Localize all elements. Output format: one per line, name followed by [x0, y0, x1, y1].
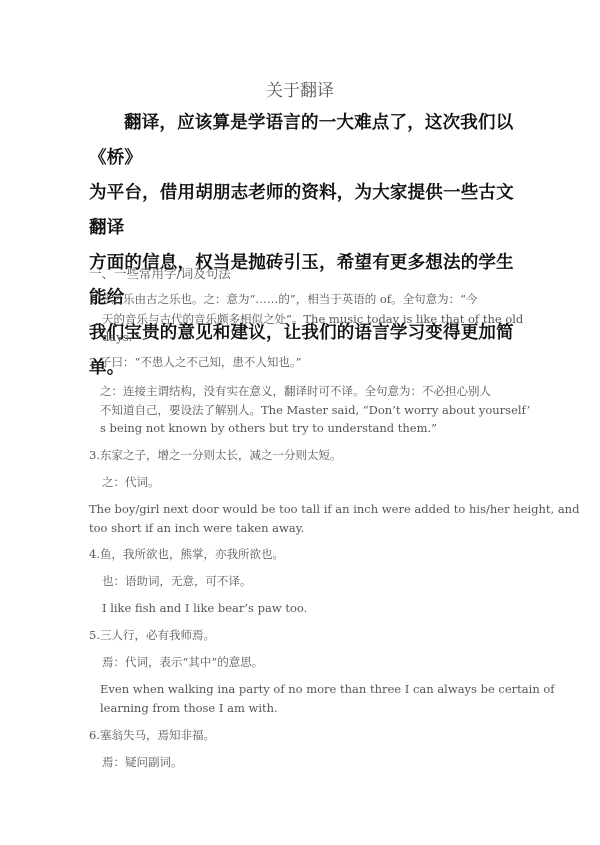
body-line: 也：语助词，无意，可不译。 — [102, 573, 252, 589]
body-line: s being not known by others but try to u… — [100, 421, 437, 435]
body-line: 3.东家之子，增之一分则太长，减之一分则太短。 — [89, 447, 341, 463]
body-line: days. — [102, 330, 132, 344]
intro-line: 为平台，借用胡朋志老师的资料，为大家提供一些古文翻译 — [89, 176, 529, 246]
body-line: The boy/girl next door would be too tall… — [89, 502, 579, 516]
body-line: learning from those I am with. — [100, 701, 278, 715]
body-line: 2.子曰：“不患人之不己知，患不人知也。” — [89, 354, 301, 370]
body-line: 焉：疑问副词。 — [102, 754, 183, 770]
body-line: too short if an inch were taken away. — [89, 521, 304, 535]
intro-line: 翻译，应该算是学语言的一大难点了，这次我们以《桥》 — [89, 106, 529, 176]
section-heading: 一、一些常用字/词及句法 — [89, 264, 231, 282]
body-line: 4.鱼，我所欲也，熊掌，亦我所欲也。 — [89, 546, 284, 562]
body-line: 之：代词。 — [102, 474, 160, 490]
body-line: 焉：代词，表示“其中”的意思。 — [102, 654, 263, 670]
body-line: 不知道自己，要设法了解别人。The Master said, “Don’t wo… — [100, 402, 530, 418]
body-line: 天的音乐与古代的音乐颇多相似之处”。The music today is lik… — [102, 311, 523, 327]
body-line: 之：连接主谓结构，没有实在意义，翻译时可不译。全句意为：不必担心别人 — [100, 383, 491, 399]
body-line: Even when walking ina party of no more t… — [100, 682, 555, 696]
body-line: 6.塞翁失马，焉知非福。 — [89, 727, 215, 743]
document-title: 关于翻译 — [0, 76, 600, 101]
body-line: I like fish and I like bear’s paw too. — [102, 601, 307, 615]
document-page: 关于翻译 翻译，应该算是学语言的一大难点了，这次我们以《桥》 为平台，借用胡朋志… — [0, 0, 600, 845]
body-line: 1.今之乐由古之乐也。之：意为“……的”，相当于英语的 of。全句意为：“今 — [89, 291, 477, 307]
intro-paragraph: 翻译，应该算是学语言的一大难点了，这次我们以《桥》 为平台，借用胡朋志老师的资料… — [89, 106, 529, 386]
body-line: 5.三人行，必有我师焉。 — [89, 627, 215, 643]
